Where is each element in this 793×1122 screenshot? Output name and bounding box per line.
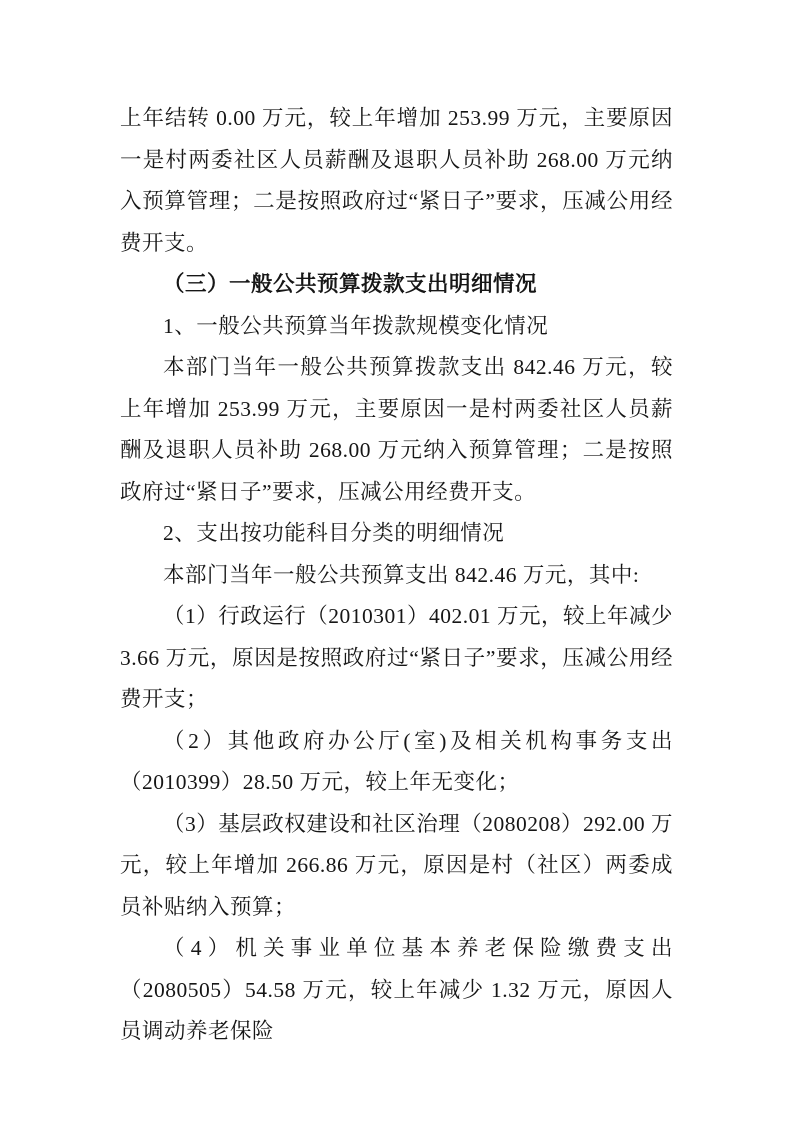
subsection-2-title: 2、支出按功能科目分类的明细情况 bbox=[120, 513, 673, 555]
expense-item-1: （1）行政运行（2010301）402.01 万元，较上年减少 3.66 万元，… bbox=[120, 596, 673, 721]
section-heading: （三）一般公共预算拨款支出明细情况 bbox=[120, 264, 673, 306]
expense-item-3: （3）基层政权建设和社区治理（2080208）292.00 万元，较上年增加 2… bbox=[120, 804, 673, 929]
document-page: 上年结转 0.00 万元，较上年增加 253.99 万元，主要原因一是村两委社区… bbox=[0, 0, 793, 1122]
expense-item-4: （4）机关事业单位基本养老保险缴费支出（2080505）54.58 万元，较上年… bbox=[120, 928, 673, 1053]
expense-item-2: （2）其他政府办公厅(室)及相关机构事务支出（2010399）28.50 万元，… bbox=[120, 721, 673, 804]
document-content: 上年结转 0.00 万元，较上年增加 253.99 万元，主要原因一是村两委社区… bbox=[120, 98, 673, 1053]
subsection-1-title: 1、一般公共预算当年拨款规模变化情况 bbox=[120, 306, 673, 348]
paragraph-carryover: 上年结转 0.00 万元，较上年增加 253.99 万元，主要原因一是村两委社区… bbox=[120, 98, 673, 264]
subsection-1-body: 本部门当年一般公共预算拨款支出 842.46 万元，较上年增加 253.99 万… bbox=[120, 347, 673, 513]
subsection-2-intro: 本部门当年一般公共预算支出 842.46 万元，其中: bbox=[120, 555, 673, 597]
